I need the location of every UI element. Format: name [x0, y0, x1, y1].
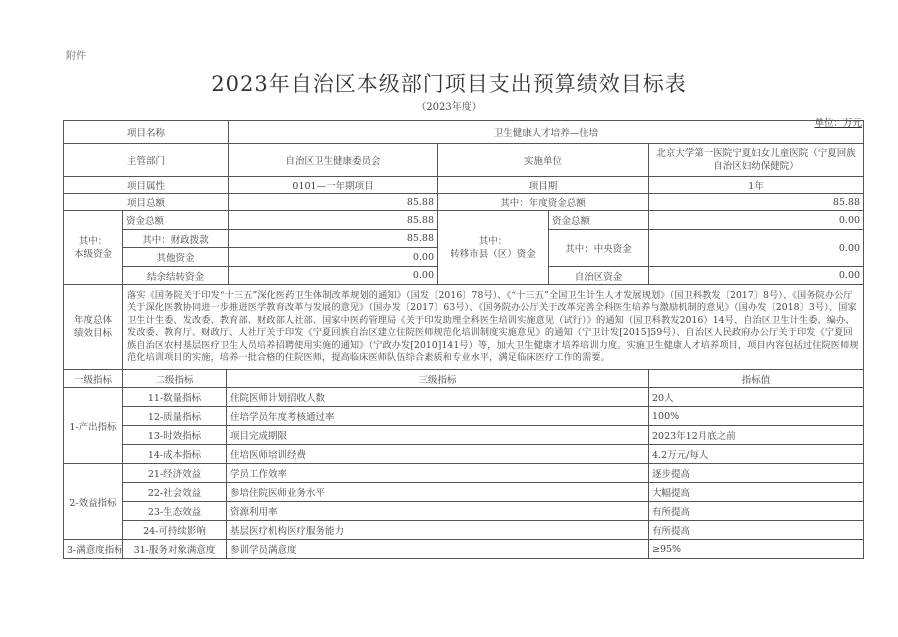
carryover-funds-label: 结余结转资金 — [123, 267, 229, 285]
level2-cell: 22-社会效益 — [123, 483, 227, 502]
other-funds-label: 其他资金 — [123, 248, 229, 267]
transfer-funds-total-label: 资金总额 — [549, 211, 649, 230]
transfer-funds-line1: 其中： — [441, 235, 545, 248]
header-level3: 三级指标 — [227, 370, 649, 388]
project-name-label: 项目名称 — [64, 121, 229, 144]
annual-goal-label: 年度总体 绩效目标 — [64, 285, 123, 370]
fiscal-appropriation-label: 其中：财政拨款 — [123, 230, 229, 248]
local-funds-group-label: 其中： 本级资金 — [64, 211, 123, 285]
local-funds-line1: 其中： — [67, 235, 119, 248]
table-row: 23-生态效益 资源利用率 有所提高 — [64, 502, 864, 521]
header-value: 指标值 — [649, 370, 864, 388]
dept-value: 自治区卫生健康委员会 — [229, 144, 438, 177]
table-row: 14-成本指标 住培医师培训经费 4.2万元/每人 — [64, 445, 864, 464]
level2-cell: 13-时效指标 — [123, 426, 227, 445]
table-row: 12-质量指标 住培学员年度考核通过率 100% — [64, 407, 864, 426]
local-funds-total-label: 资金总额 — [123, 211, 229, 230]
table-row: 3-满意度指标 31-服务对象满意度 参训学员满意度 ≥95% — [64, 540, 864, 559]
annual-goal-text: 落实《国务院关于印发“十三五”深化医药卫生体制改革规划的通知》（国发〔2016〕… — [123, 285, 864, 370]
total-value: 85.88 — [229, 194, 438, 211]
value-cell: 2023年12月底之前 — [649, 426, 864, 445]
attr-label: 项目属性 — [64, 177, 229, 194]
carryover-funds-value: 0.00 — [229, 267, 438, 285]
level3-cell: 项目完成期限 — [227, 426, 649, 445]
level1-output: 1-产出指标 — [64, 388, 123, 464]
period-label: 项目期 — [438, 177, 649, 194]
impl-unit-label: 实施单位 — [438, 144, 649, 177]
level2-cell: 11-数量指标 — [123, 388, 227, 407]
level3-cell: 资源利用率 — [227, 502, 649, 521]
row-dept: 主管部门 自治区卫生健康委员会 实施单位 北京大学第一医院宁夏妇女儿童医院（宁夏… — [64, 144, 864, 177]
level3-cell: 住院医师计划招收人数 — [227, 388, 649, 407]
transfer-funds-group-label: 其中： 转移市县（区）资金 — [438, 211, 549, 285]
impl-unit-value: 北京大学第一医院宁夏妇女儿童医院（宁夏回族自治区妇幼保健院） — [649, 144, 864, 177]
level3-cell: 基层医疗机构医疗服务能力 — [227, 521, 649, 540]
table-row: 2-效益指标 21-经济效益 学员工作效率 逐步提高 — [64, 464, 864, 483]
table-row: 1-产出指标 11-数量指标 住院医师计划招收人数 20人 — [64, 388, 864, 407]
region-funds-label: 自治区资金 — [549, 267, 649, 285]
level2-cell: 23-生态效益 — [123, 502, 227, 521]
indicators-header-row: 一级指标 二级指标 三级指标 指标值 — [64, 370, 864, 388]
value-cell: 有所提高 — [649, 521, 864, 540]
other-funds-value: 0.00 — [229, 248, 438, 267]
annual-total-value: 85.88 — [649, 194, 864, 211]
level1-benefit: 2-效益指标 — [64, 464, 123, 540]
attr-value: 0101—一年期项目 — [229, 177, 438, 194]
annual-goal-line1: 年度总体 — [67, 314, 119, 327]
central-funds-value: 0.00 — [649, 230, 864, 267]
level2-cell: 21-经济效益 — [123, 464, 227, 483]
level2-cell: 24-可持续影响 — [123, 521, 227, 540]
indicators-table: 一级指标 二级指标 三级指标 指标值 1-产出指标 11-数量指标 住院医师计划… — [63, 369, 864, 559]
region-funds-value: 0.00 — [649, 267, 864, 285]
level3-cell: 参训学员满意度 — [227, 540, 649, 559]
total-label: 项目总额 — [64, 194, 229, 211]
local-funds-line2: 本级资金 — [67, 248, 119, 261]
row-annual-goal: 年度总体 绩效目标 落实《国务院关于印发“十三五”深化医药卫生体制改革规划的通知… — [64, 285, 864, 370]
row-attr: 项目属性 0101—一年期项目 项目期 1年 — [64, 177, 864, 194]
row-project-name: 项目名称 卫生健康人才培养—住培 — [64, 121, 864, 144]
transfer-funds-line2: 转移市县（区）资金 — [441, 248, 545, 261]
fiscal-appropriation-value: 85.88 — [229, 230, 438, 248]
value-cell: 100% — [649, 407, 864, 426]
level1-satisfaction: 3-满意度指标 — [64, 540, 123, 559]
value-cell: 有所提高 — [649, 502, 864, 521]
table-row: 24-可持续影响 基层医疗机构医疗服务能力 有所提高 — [64, 521, 864, 540]
project-info-table: 项目名称 卫生健康人才培养—住培 主管部门 自治区卫生健康委员会 实施单位 北京… — [63, 120, 864, 370]
project-name-value: 卫生健康人才培养—住培 — [229, 121, 864, 144]
annual-goal-line2: 绩效目标 — [67, 327, 119, 340]
header-level2: 二级指标 — [123, 370, 227, 388]
level3-cell: 参培住院医师业务水平 — [227, 483, 649, 502]
row-total: 项目总额 85.88 其中：年度资金总额 85.88 — [64, 194, 864, 211]
row-funds-1: 其中： 本级资金 资金总额 85.88 其中： 转移市县（区）资金 资金总额 0… — [64, 211, 864, 230]
page-title: 2023年自治区本级部门项目支出预算绩效目标表 — [0, 68, 898, 98]
value-cell: ≥95% — [649, 540, 864, 559]
transfer-funds-total-value: 0.00 — [649, 211, 864, 230]
value-cell: 逐步提高 — [649, 464, 864, 483]
value-cell: 大幅提高 — [649, 483, 864, 502]
attachment-label: 附件 — [66, 47, 86, 62]
local-funds-total-value: 85.88 — [229, 211, 438, 230]
level3-cell: 住培医师培训经费 — [227, 445, 649, 464]
level2-cell: 31-服务对象满意度 — [123, 540, 227, 559]
central-funds-label: 其中：中央资金 — [549, 230, 649, 267]
annual-total-label: 其中：年度资金总额 — [438, 194, 649, 211]
dept-label: 主管部门 — [64, 144, 229, 177]
period-value: 1年 — [649, 177, 864, 194]
value-cell: 20人 — [649, 388, 864, 407]
table-row: 22-社会效益 参培住院医师业务水平 大幅提高 — [64, 483, 864, 502]
level3-cell: 学员工作效率 — [227, 464, 649, 483]
level2-cell: 12-质量指标 — [123, 407, 227, 426]
value-cell: 4.2万元/每人 — [649, 445, 864, 464]
header-level1: 一级指标 — [64, 370, 123, 388]
level2-cell: 14-成本指标 — [123, 445, 227, 464]
level3-cell: 住培学员年度考核通过率 — [227, 407, 649, 426]
page-subtitle: （2023年度） — [0, 98, 898, 113]
table-row: 13-时效指标 项目完成期限 2023年12月底之前 — [64, 426, 864, 445]
